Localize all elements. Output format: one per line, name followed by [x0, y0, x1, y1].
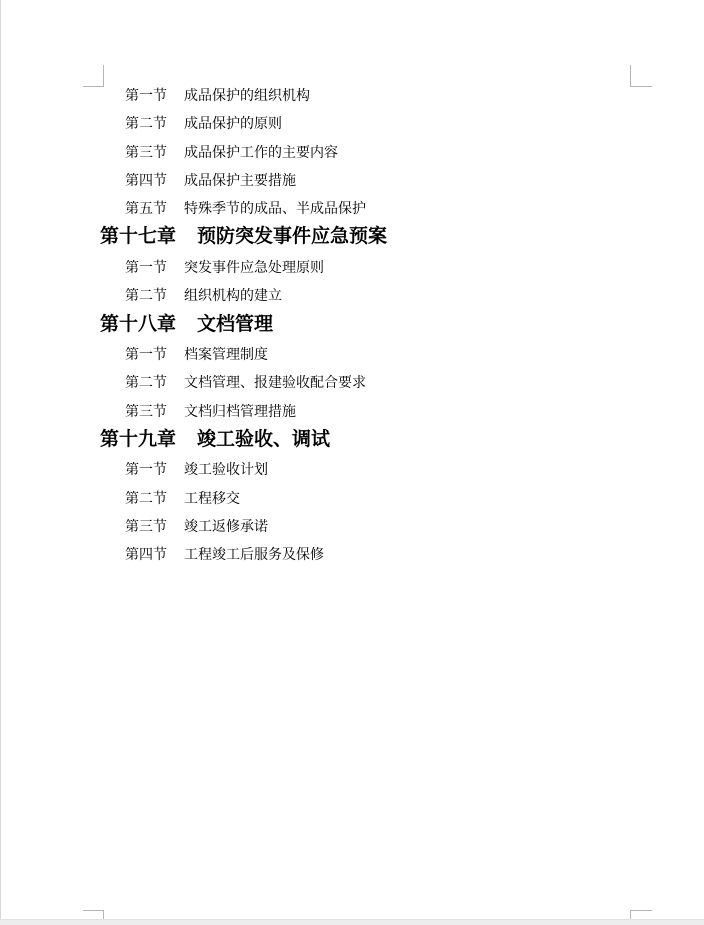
toc-section-row: 第二节文档管理、报建验收配合要求 — [0, 368, 704, 396]
toc-section-row: 第三节成品保护工作的主要内容 — [0, 138, 704, 166]
toc-entry-number: 第一节 — [125, 259, 167, 275]
toc-entry-number: 第一节 — [125, 461, 167, 477]
toc-section-row: 第一节档案管理制度 — [0, 340, 704, 368]
toc-entry-title: 工程竣工后服务及保修 — [184, 546, 324, 562]
toc-entry-number: 第二节 — [125, 287, 167, 303]
toc-section-row: 第四节成品保护主要措施 — [0, 166, 704, 194]
toc-entry-title: 竣工验收计划 — [184, 461, 268, 477]
toc-entry-number: 第十九章 — [100, 429, 176, 450]
toc-entry-number: 第二节 — [125, 374, 167, 390]
toc-entry-number: 第三节 — [125, 144, 167, 160]
toc-entry-number: 第一节 — [125, 87, 167, 103]
toc-section-row: 第一节突发事件应急处理原则 — [0, 253, 704, 281]
toc-chapter-row: 第十七章预防突发事件应急预案 — [0, 222, 704, 253]
toc-entry-title: 成品保护工作的主要内容 — [184, 144, 338, 160]
toc-section-row: 第二节组织机构的建立 — [0, 281, 704, 309]
toc-entry-number: 第三节 — [125, 403, 167, 419]
page-bottom-gap — [0, 919, 704, 925]
toc-entry-title: 特殊季节的成品、半成品保护 — [184, 200, 366, 216]
toc-section-row: 第二节工程移交 — [0, 484, 704, 512]
toc-entry-title: 预防突发事件应急预案 — [197, 226, 387, 247]
toc-list: 第一节成品保护的组织机构第二节成品保护的原则第三节成品保护工作的主要内容第四节成… — [0, 81, 704, 569]
toc-entry-number: 第二节 — [125, 115, 167, 131]
toc-section-row: 第二节成品保护的原则 — [0, 109, 704, 137]
toc-section-row: 第五节特殊季节的成品、半成品保护 — [0, 194, 704, 222]
toc-chapter-row: 第十八章文档管理 — [0, 310, 704, 341]
toc-entry-title: 档案管理制度 — [184, 346, 268, 362]
toc-entry-title: 突发事件应急处理原则 — [184, 259, 324, 275]
toc-section-row: 第四节工程竣工后服务及保修 — [0, 540, 704, 568]
toc-entry-title: 文档归档管理措施 — [184, 403, 296, 419]
document-page: { "page": { "background": "#ffffff", "te… — [0, 0, 704, 925]
toc-entry-number: 第三节 — [125, 518, 167, 534]
toc-entry-number: 第十八章 — [100, 314, 176, 335]
toc-section-row: 第三节文档归档管理措施 — [0, 397, 704, 425]
toc-entry-number: 第一节 — [125, 346, 167, 362]
toc-entry-title: 竣工验收、调试 — [197, 429, 330, 450]
toc-entry-title: 成品保护主要措施 — [184, 172, 296, 188]
toc-entry-title: 组织机构的建立 — [184, 287, 282, 303]
toc-entry-number: 第十七章 — [100, 226, 176, 247]
toc-entry-number: 第五节 — [125, 200, 167, 216]
toc-entry-title: 文档管理 — [197, 314, 273, 335]
toc-entry-title: 文档管理、报建验收配合要求 — [184, 374, 366, 390]
toc-entry-title: 成品保护的原则 — [184, 115, 282, 131]
toc-entry-title: 竣工返修承诺 — [184, 518, 268, 534]
toc-section-row: 第一节成品保护的组织机构 — [0, 81, 704, 109]
toc-entry-title: 成品保护的组织机构 — [184, 87, 310, 103]
toc-section-row: 第一节竣工验收计划 — [0, 455, 704, 483]
toc-entry-number: 第四节 — [125, 546, 167, 562]
toc-entry-number: 第二节 — [125, 490, 167, 506]
toc-entry-number: 第四节 — [125, 172, 167, 188]
toc-entry-title: 工程移交 — [184, 490, 240, 506]
toc-chapter-row: 第十九章竣工验收、调试 — [0, 425, 704, 456]
toc-section-row: 第三节竣工返修承诺 — [0, 512, 704, 540]
